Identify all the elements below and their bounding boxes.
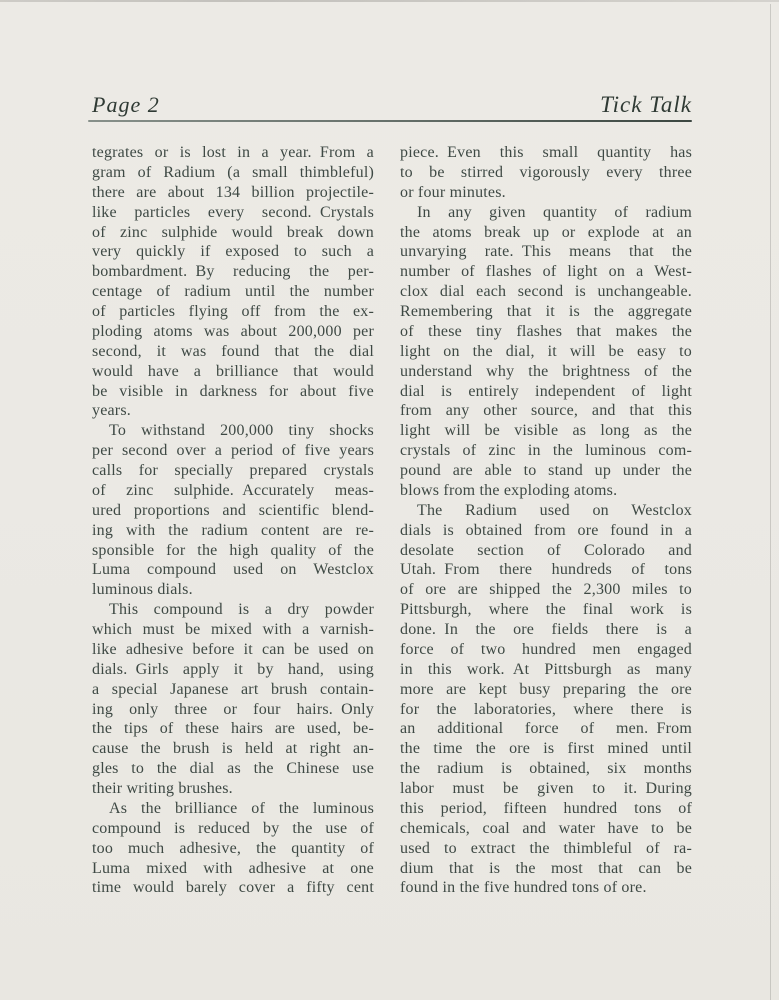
text-line: used to extract the thimbleful of ra- xyxy=(400,839,692,859)
text-line: an additional force of men. From xyxy=(400,719,692,739)
text-line: there are about 134 billion projectile- xyxy=(92,183,374,203)
text-line: The Radium used on Westclox xyxy=(400,501,692,521)
text-line: years. xyxy=(92,401,374,421)
text-line: Utah. From there hundreds of tons xyxy=(400,560,692,580)
text-line: force of two hundred men engaged xyxy=(400,640,692,660)
page-number: Page 2 xyxy=(92,92,160,118)
text-line: in this work. At Pittsburgh as many xyxy=(400,660,692,680)
text-line: or four minutes. xyxy=(400,183,692,203)
text-line: luminous dials. xyxy=(92,580,374,600)
text-line: crystals of zinc in the luminous com- xyxy=(400,441,692,461)
text-line: pound are able to stand up under the xyxy=(400,461,692,481)
text-line: understand why the brightness of the xyxy=(400,362,692,382)
scanned-page: Page 2 Tick Talk tegrates or is lost in … xyxy=(0,0,779,1000)
text-line: ing only three or four hairs. Only xyxy=(92,700,374,720)
text-line: clox dial each second is unchangeable. xyxy=(400,282,692,302)
text-line: calls for specially prepared crystals xyxy=(92,461,374,481)
text-line: like particles every second. Crystals xyxy=(92,203,374,223)
text-line: ing with the radium content are re- xyxy=(92,521,374,541)
text-line: second, it was found that the dial xyxy=(92,342,374,362)
text-line: Luma compound used on Westclox xyxy=(92,560,374,580)
text-line: to be stirred vigorously every three xyxy=(400,163,692,183)
text-line: a special Japanese art brush contain- xyxy=(92,680,374,700)
text-line: done. In the ore fields there is a xyxy=(400,620,692,640)
text-line: In any given quantity of radium xyxy=(400,203,692,223)
text-line: more are kept busy preparing the ore xyxy=(400,680,692,700)
text-line: dium that is the most that can be xyxy=(400,859,692,879)
text-line: compound is reduced by the use of xyxy=(92,819,374,839)
text-line: of zinc sulphide would break down xyxy=(92,223,374,243)
scan-crease-right xyxy=(770,4,771,1000)
text-line: chemicals, coal and water have to be xyxy=(400,819,692,839)
text-line: gram of Radium (a small thimbleful) xyxy=(92,163,374,183)
text-line: dials. Girls apply it by hand, using xyxy=(92,660,374,680)
text-line: for the laboratories, where there is xyxy=(400,700,692,720)
text-line: would have a brilliance that would xyxy=(92,362,374,382)
text-line: To withstand 200,000 tiny shocks xyxy=(92,421,374,441)
scan-edge-top xyxy=(0,0,779,2)
text-line: Pittsburgh, where the final work is xyxy=(400,600,692,620)
text-line: labor must be given to it. During xyxy=(400,779,692,799)
text-line: As the brilliance of the luminous xyxy=(92,799,374,819)
text-line: light will be visible as long as the xyxy=(400,421,692,441)
text-line: this period, fifteen hundred tons of xyxy=(400,799,692,819)
text-line: be visible in darkness for about five xyxy=(92,382,374,402)
text-line: tegrates or is lost in a year. From a xyxy=(92,143,374,163)
text-line: their writing brushes. xyxy=(92,779,374,799)
text-line: sponsible for the high quality of the xyxy=(92,541,374,561)
page-header: Page 2 Tick Talk xyxy=(92,92,692,118)
text-line: from any other source, and that this xyxy=(400,401,692,421)
text-line: number of flashes of light on a West- xyxy=(400,262,692,282)
text-line: of ore are shipped the 2,300 miles to xyxy=(400,580,692,600)
text-line: the radium is obtained, six months xyxy=(400,759,692,779)
text-line: ploding atoms was about 200,000 per xyxy=(92,322,374,342)
text-line: gles to the dial as the Chinese use xyxy=(92,759,374,779)
text-line: light on the dial, it will be easy to xyxy=(400,342,692,362)
text-line: like adhesive before it can be used on xyxy=(92,640,374,660)
text-line: the time the ore is first mined until xyxy=(400,739,692,759)
text-line: Luma mixed with adhesive at one xyxy=(92,859,374,879)
right-column: piece. Even this small quantity hasto be… xyxy=(400,143,692,898)
article-body: tegrates or is lost in a year. From agra… xyxy=(92,143,692,898)
text-line: of these tiny flashes that makes the xyxy=(400,322,692,342)
text-line: time would barely cover a fifty cent xyxy=(92,878,374,898)
journal-title: Tick Talk xyxy=(600,92,692,118)
text-line: the tips of these hairs are used, be- xyxy=(92,719,374,739)
text-line: cause the brush is held at right an- xyxy=(92,739,374,759)
text-line: which must be mixed with a varnish- xyxy=(92,620,374,640)
text-line: the atoms break up or explode at an xyxy=(400,223,692,243)
text-line: of zinc sulphide. Accurately meas- xyxy=(92,481,374,501)
text-line: This compound is a dry powder xyxy=(92,600,374,620)
text-line: unvarying rate. This means that the xyxy=(400,242,692,262)
text-line: desolate section of Colorado and xyxy=(400,541,692,561)
text-line: centage of radium until the number xyxy=(92,282,374,302)
text-line: of particles flying off from the ex- xyxy=(92,302,374,322)
left-column: tegrates or is lost in a year. From agra… xyxy=(92,143,374,898)
text-line: dial is entirely independent of light xyxy=(400,382,692,402)
text-line: per second over a period of five years xyxy=(92,441,374,461)
text-line: ured proportions and scientific blend- xyxy=(92,501,374,521)
text-line: found in the five hundred tons of ore. xyxy=(400,878,692,898)
text-line: bombardment. By reducing the per- xyxy=(92,262,374,282)
header-rule xyxy=(88,120,692,122)
text-line: dials is obtained from ore found in a xyxy=(400,521,692,541)
text-line: blows from the exploding atoms. xyxy=(400,481,692,501)
text-line: piece. Even this small quantity has xyxy=(400,143,692,163)
text-line: Remembering that it is the aggregate xyxy=(400,302,692,322)
text-line: very quickly if exposed to such a xyxy=(92,242,374,262)
text-line: too much adhesive, the quantity of xyxy=(92,839,374,859)
